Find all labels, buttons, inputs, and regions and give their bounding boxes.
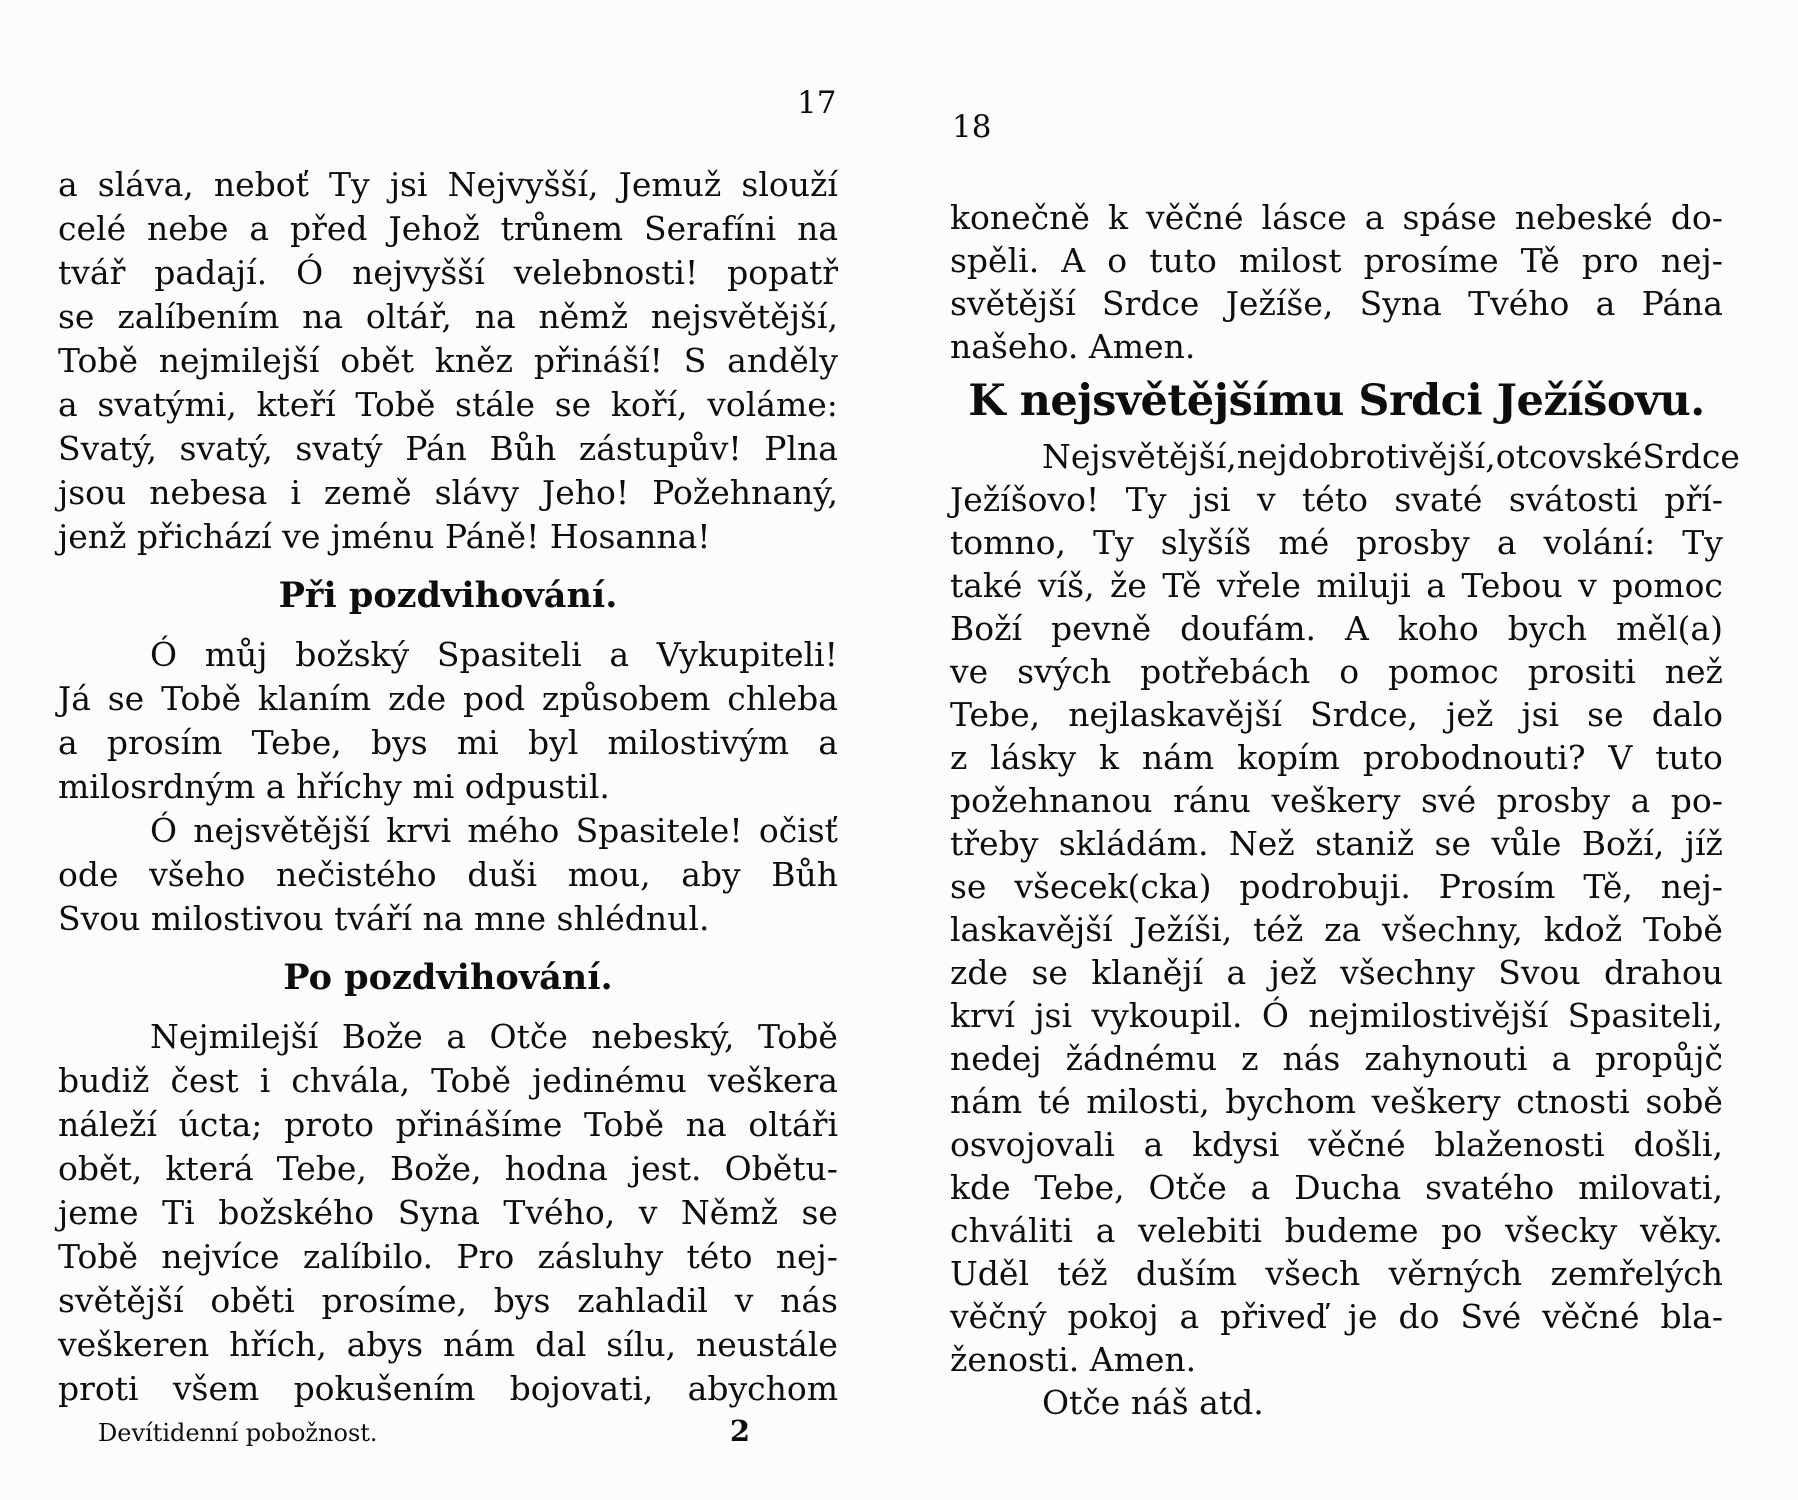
section-heading: Po pozdvihování. [58,947,838,1009]
text-line: jsounebesaizeměslávyJeho!Požehnaný, [58,471,838,515]
text-line: náležíúcta;protopřinášímeToběnaoltáři [58,1103,838,1147]
text-line: požehnanouránuveškerysvéprosbyapo- [950,779,1723,822]
text-line: ženosti. Amen. [950,1338,1723,1381]
text-line: odevšehonečistéhodušimou,abyBůh [58,853,838,897]
text-line: světějšíSrdceJežíše,SynaTvéhoaPána [950,282,1723,325]
text-line: laskavějšíJežíši,téžzavšechny,kdožTobě [950,908,1723,951]
text-line: našeho. Amen. [950,325,1723,368]
text-line: zláskyknámkopímprobodnouti?Vtuto [950,736,1723,779]
text-line: protivšempokušenímbojovati,abychom [58,1367,838,1411]
text-line: osvojovaliakdysivěčnéblaženostidošli, [950,1123,1723,1166]
text-line: Ježíšovo!Tyjsivtétosvatésvátostipří- [950,478,1723,521]
chapter-heading: K nejsvětějšímu Srdci Ježíšovu. [950,380,1723,423]
text-line: Uděltéždušímvšechvěrnýchzemřelých [950,1252,1723,1295]
text-line: nedejžádnémuznászahynoutiapropůjč [950,1037,1723,1080]
text-line: aprosímTebe,bysmibylmilostivýma [58,721,838,765]
page-number-left: 17 [797,88,836,119]
text-line: krvíjsivykoupil.ÓnejmilostivějšíSpasitel… [950,994,1723,1037]
page-18-text-block: konečněkvěčnélásceaspásenebeskédo-spěli.… [950,196,1723,1424]
page-17-footer: Devítidenní pobožnost. 2 [58,1414,838,1448]
text-line: jenž přichází ve jménu Páně! Hosanna! [58,515,838,559]
text-line: světějšíobětiprosíme,byszahladilvnás [58,1279,838,1323]
footer-running-title: Devítidenní pobožnost. [58,1419,378,1447]
text-line: Nejsvětější,nejdobrotivější,otcovskéSrdc… [950,435,1723,478]
text-line: NejmilejšíBožeaOtčenebeský,Tobě [58,1015,838,1059]
text-line: Svou milostivou tváří na mne shlédnul. [58,897,838,941]
text-line: věčnýpokojapřiveďjedoSvévěčnébla- [950,1295,1723,1338]
text-line: JáseToběklanímzdepodzpůsobemchleba [58,677,838,721]
text-line: Toběnejvícezalíbilo.Prozásluhytétonej- [58,1235,838,1279]
page-number-right: 18 [952,112,991,143]
text-line: námtémilosti,bychomveškeryctnostisobě [950,1080,1723,1123]
text-line: milosrdným a hříchy mi odpustil. [58,765,838,809]
text-line: tomno,Tyslyšíšméprosbyavolání:Ty [950,521,1723,564]
scanned-book-spread: 17 18 asláva,neboťTyjsiNejvyšší,Jemužslo… [0,0,1798,1500]
text-line: ÓnejsvětějšíkrviméhoSpasitele!očisť [58,809,838,853]
text-line: chválitiavelebitibudemepovšeckyvěky. [950,1209,1723,1252]
text-line: konečněkvěčnélásceaspásenebeskédo- [950,196,1723,239]
text-line: asvatými,kteříToběstálesekoří,voláme: [58,383,838,427]
text-line: Tebe,nejlaskavějšíSrdce,ježjsisedalo [950,693,1723,736]
section-heading: Při pozdvihování. [58,565,838,627]
page-17-text-block: asláva,neboťTyjsiNejvyšší,Jemužsloužícel… [58,163,838,1411]
text-line: spěli.AotutomilostprosímeTěpronej- [950,239,1723,282]
text-line: tvářpadají.Ónejvyššívelebnosti!popatř [58,251,838,295]
text-line: Toběnejmilejšíobětknězpřináší!Sanděly [58,339,838,383]
text-line: sevšecek(cka)podrobuji.ProsímTě,nej- [950,865,1723,908]
text-line: jemeTibožskéhoSynaTvého,vNěmžse [58,1191,838,1235]
text-line: Otče náš atd. [950,1381,1723,1424]
text-line: asláva,neboťTyjsiNejvyšší,Jemužslouží [58,163,838,207]
text-line: celénebeapředJehožtrůnemSerafínina [58,207,838,251]
text-line: Svatý,svatý,svatýPánBůhzástupův!Plna [58,427,838,471]
text-line: zdeseklanějíaježvšechnySvoudrahou [950,951,1723,994]
text-line: vesvýchpotřebáchopomocprositinež [950,650,1723,693]
text-line: třebyskládám.NežstanižsevůleBoží,jíž [950,822,1723,865]
text-line: sezalíbenímnaoltář,naněmžnejsvětější, [58,295,838,339]
text-line: obět,kteráTebe,Bože,hodnajest.Obětu- [58,1147,838,1191]
text-line: takévíš,žeTěvřelemilujiaTebouvpomoc [950,564,1723,607]
text-line: budižčestichvála,Tobějedinémuveškera [58,1059,838,1103]
text-line: ÓmůjbožskýSpasiteliaVykupiteli! [58,633,838,677]
text-line: kdeTebe,OtčeaDuchasvatéhomilovati, [950,1166,1723,1209]
footer-signature-mark: 2 [730,1414,838,1448]
text-line: Božípevnědoufám.Akohobychměl(a) [950,607,1723,650]
text-line: veškerenhřích,abysnámdalsílu,neustále [58,1323,838,1367]
